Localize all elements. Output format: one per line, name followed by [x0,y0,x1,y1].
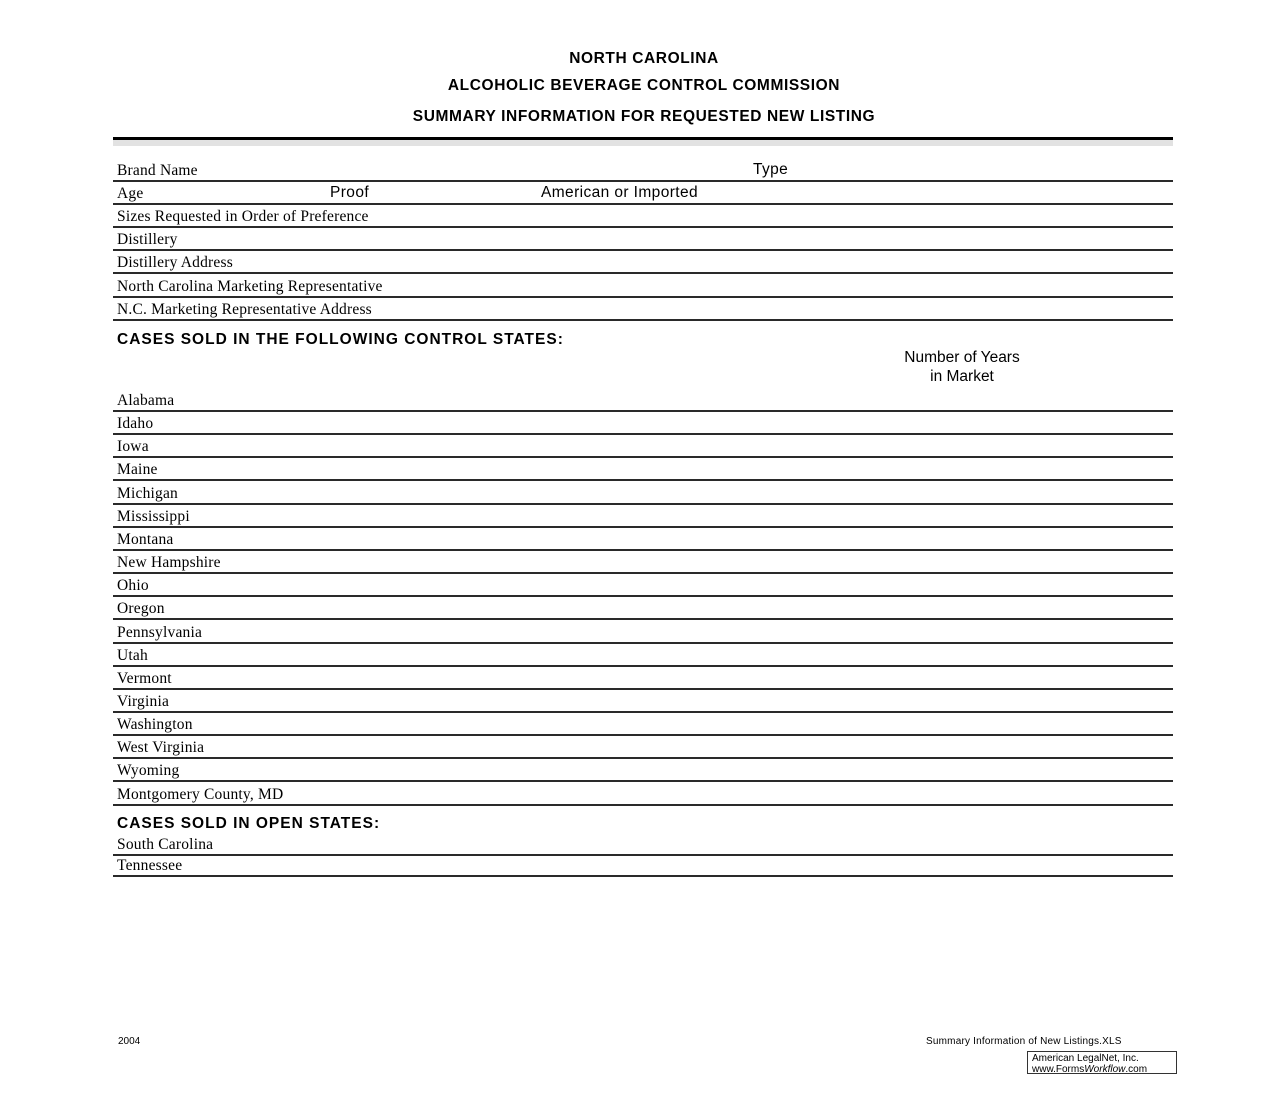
field-distillery-address[interactable]: Distillery Address [113,251,1173,274]
control-state-name: Pennsylvania [117,624,202,642]
control-state-row[interactable]: West Virginia [113,736,1173,759]
control-state-row[interactable]: Iowa [113,435,1173,458]
footer-year: 2004 [118,1036,140,1047]
control-state-row[interactable]: Ohio [113,574,1173,597]
open-state-name: South Carolina [117,836,213,854]
years-in-market-header: Number of Years in Market [862,348,1062,386]
open-state-row[interactable]: Tennessee [113,854,1173,877]
publisher-url-italic: Workflow [1084,1064,1125,1075]
field-nc-marketing-rep[interactable]: North Carolina Marketing Representative [113,275,1173,298]
publisher-box: American LegalNet, Inc. www.FormsWorkflo… [1027,1051,1177,1074]
control-state-name: Mississippi [117,508,190,526]
control-state-name: Maine [117,461,158,479]
control-state-name: Virginia [117,693,169,711]
label-sizes-requested: Sizes Requested in Order of Preference [117,208,369,226]
control-state-row[interactable]: Idaho [113,412,1173,435]
label-proof: Proof [330,184,369,202]
control-state-row[interactable]: Montana [113,528,1173,551]
control-state-name: Montgomery County, MD [117,786,283,804]
control-state-row[interactable]: New Hampshire [113,551,1173,574]
label-nc-marketing-rep: North Carolina Marketing Representative [117,278,383,296]
label-distillery-address: Distillery Address [117,254,233,272]
label-type: Type [753,161,788,179]
control-state-row[interactable]: Utah [113,644,1173,667]
control-state-name: Michigan [117,485,178,503]
control-state-row[interactable]: Washington [113,713,1173,736]
control-state-row[interactable]: Vermont [113,667,1173,690]
header-divider-shade [113,140,1173,146]
field-nc-marketing-rep-address[interactable]: N.C. Marketing Representative Address [113,298,1173,321]
control-state-name: New Hampshire [117,554,221,572]
control-state-name: Vermont [117,670,172,688]
control-state-row[interactable]: Alabama [113,389,1173,412]
field-brand-type[interactable]: Brand Name Type [113,159,1173,182]
control-state-row[interactable]: Pennsylvania [113,621,1173,644]
control-state-row[interactable]: Mississippi [113,505,1173,528]
publisher-url-prefix: www.Forms [1032,1064,1084,1075]
label-american-or-imported: American or Imported [541,184,698,202]
control-state-name: Wyoming [117,762,179,780]
control-state-row[interactable]: Montgomery County, MD [113,783,1173,806]
footer-filename: Summary Information of New Listings.XLS [926,1036,1122,1047]
control-state-row[interactable]: Oregon [113,597,1173,620]
label-nc-marketing-rep-address: N.C. Marketing Representative Address [117,301,372,319]
years-in-market-header-line2: in Market [862,367,1062,386]
control-state-name: Oregon [117,600,165,618]
control-state-name: West Virginia [117,739,204,757]
publisher-url-suffix: .com [1125,1064,1147,1075]
label-brand-name: Brand Name [117,162,198,180]
field-distillery[interactable]: Distillery [113,228,1173,251]
control-state-name: Iowa [117,438,149,456]
title-commission: ALCOHOLIC BEVERAGE CONTROL COMMISSION [0,77,1275,95]
label-age: Age [117,185,143,203]
control-states-heading: CASES SOLD IN THE FOLLOWING CONTROL STAT… [117,331,564,349]
control-state-name: Ohio [117,577,149,595]
control-state-name: Idaho [117,415,153,433]
field-sizes-requested[interactable]: Sizes Requested in Order of Preference [113,205,1173,228]
control-state-row[interactable]: Michigan [113,482,1173,505]
control-state-name: Montana [117,531,174,549]
title-state: NORTH CAROLINA [0,50,1275,68]
field-age-proof-origin[interactable]: Age Proof American or Imported [113,182,1173,205]
control-state-row[interactable]: Maine [113,458,1173,481]
title-form: SUMMARY INFORMATION FOR REQUESTED NEW LI… [0,108,1275,126]
publisher-url: www.FormsWorkflow.com [1032,1064,1176,1075]
control-state-row[interactable]: Wyoming [113,759,1173,782]
control-state-name: Washington [117,716,193,734]
control-state-name: Alabama [117,392,174,410]
control-state-name: Utah [117,647,148,665]
open-states-heading: CASES SOLD IN OPEN STATES: [117,815,380,833]
label-distillery: Distillery [117,231,178,249]
publisher-name: American LegalNet, Inc. [1032,1053,1176,1064]
control-state-row[interactable]: Virginia [113,690,1173,713]
open-state-name: Tennessee [117,857,182,875]
years-in-market-header-line1: Number of Years [862,348,1062,367]
